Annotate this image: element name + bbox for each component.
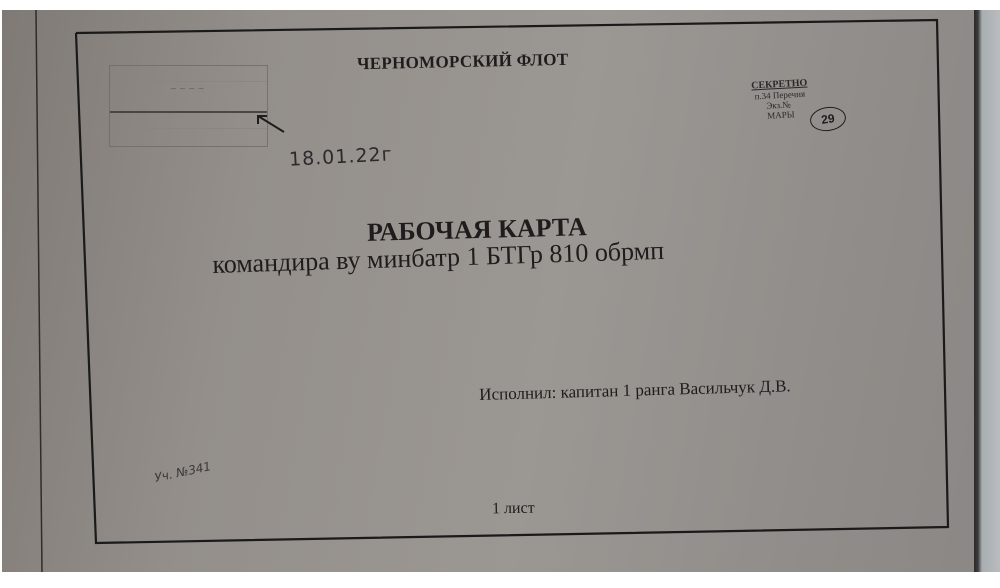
sheet-count: 1 лист bbox=[492, 500, 535, 519]
document-photo: ~ ~ ~ ~ ЧЕРНОМОРСКИЙ ФЛОТ СЕКРЕТНО п.34 … bbox=[2, 10, 1000, 572]
arrow-icon bbox=[252, 110, 292, 140]
background-surface bbox=[974, 10, 1000, 572]
registration-stamp: ~ ~ ~ ~ bbox=[109, 65, 268, 147]
classification-block: СЕКРЕТНО п.34 Перечня Экз.№ МАРЫ bbox=[751, 79, 809, 122]
